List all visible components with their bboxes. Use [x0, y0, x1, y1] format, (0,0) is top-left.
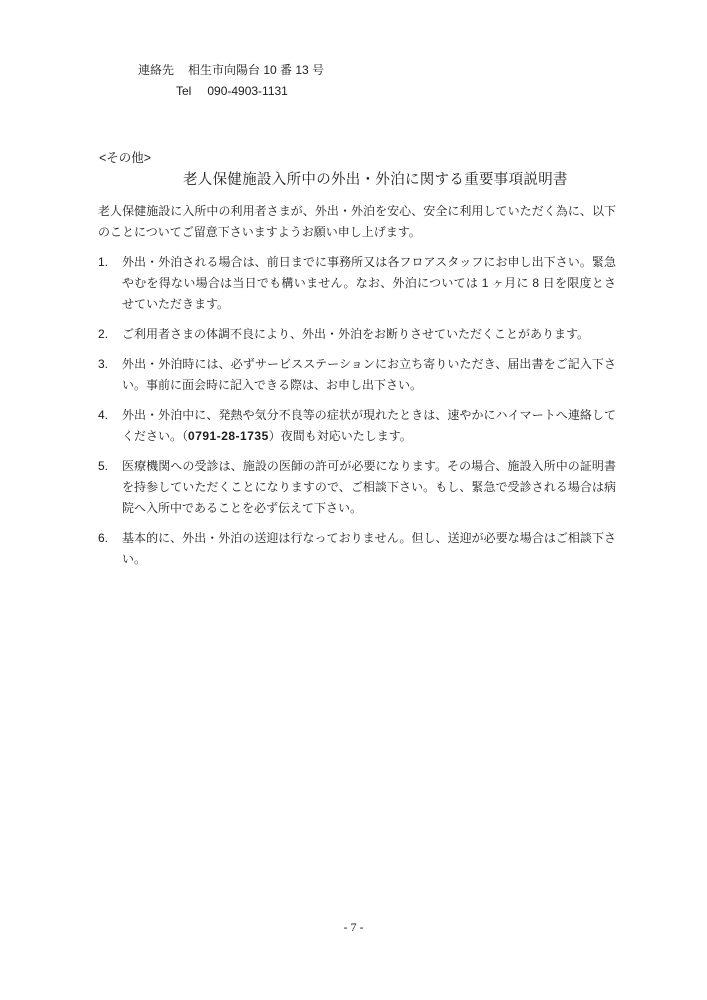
- list-item-text: 医療機関への受診は、施設の医師の許可が必要になります。その場合、施設入所中の証明…: [122, 456, 616, 519]
- list-item-text: 基本的に、外出・外泊の送迎は行なっておりません。但し、送迎が必要な場合はご相談下…: [122, 528, 616, 570]
- list-item-number: 6.: [98, 528, 122, 570]
- list-item-number: 2.: [98, 324, 122, 345]
- intro-paragraph: 老人保健施設に入所中の利用者さまが、外出・外泊を安心、安全に利用していただく為に…: [98, 201, 616, 243]
- list-item-number: 1.: [98, 252, 122, 315]
- list-item: 2. ご利用者さまの体調不良により、外出・外泊をお断りさせていただくことがありま…: [98, 324, 616, 345]
- list-item: 3. 外出・外泊時には、必ずサービスステーションにお立ち寄りいただき、届出書をご…: [98, 354, 616, 396]
- list-item-text: ご利用者さまの体調不良により、外出・外泊をお断りさせていただくことがあります。: [122, 324, 616, 345]
- tel-number: 090-4903-1131: [207, 84, 288, 98]
- list-item-text: 外出・外泊中に、発熱や気分不良等の症状が現れたときは、速やかにハイマートへ連絡し…: [122, 405, 616, 447]
- tel-label: Tel: [176, 81, 191, 101]
- list-item-text: 外出・外泊される場合は、前日までに事務所又は各フロアスタッフにお申し出下さい。緊…: [122, 252, 616, 315]
- numbered-list: 1. 外出・外泊される場合は、前日までに事務所又は各フロアスタッフにお申し出下さ…: [98, 252, 616, 579]
- section-marker: <その他>: [99, 148, 151, 166]
- list-item: 1. 外出・外泊される場合は、前日までに事務所又は各フロアスタッフにお申し出下さ…: [98, 252, 616, 315]
- list-item: 4. 外出・外泊中に、発熱や気分不良等の症状が現れたときは、速やかにハイマートへ…: [98, 405, 616, 447]
- page-number: - 7 -: [0, 920, 707, 935]
- contact-address: 相生市向陽台 10 番 13 号: [188, 63, 324, 77]
- list-item-number: 5.: [98, 456, 122, 519]
- phone-number: 0791-28-1735: [188, 429, 269, 443]
- list-item: 5. 医療機関への受診は、施設の医師の許可が必要になります。その場合、施設入所中…: [98, 456, 616, 519]
- contact-label: 連絡先: [138, 60, 174, 80]
- list-item: 6. 基本的に、外出・外泊の送迎は行なっておりません。但し、送迎が必要な場合はご…: [98, 528, 616, 570]
- document-page: 連絡先相生市向陽台 10 番 13 号 Tel090-4903-1131 <その…: [0, 0, 707, 1000]
- list-item-number: 3.: [98, 354, 122, 396]
- document-title: 老人保健施設入所中の外出・外泊に関する重要事項説明書: [183, 168, 568, 189]
- list-item-number: 4.: [98, 405, 122, 447]
- contact-tel-line: Tel090-4903-1131: [176, 81, 324, 101]
- contact-address-line: 連絡先相生市向陽台 10 番 13 号: [138, 60, 324, 80]
- contact-block: 連絡先相生市向陽台 10 番 13 号 Tel090-4903-1131: [138, 60, 324, 101]
- list-item-text: 外出・外泊時には、必ずサービスステーションにお立ち寄りいただき、届出書をご記入下…: [122, 354, 616, 396]
- list-item-text-post: ）夜間も対応いたします。: [269, 429, 412, 443]
